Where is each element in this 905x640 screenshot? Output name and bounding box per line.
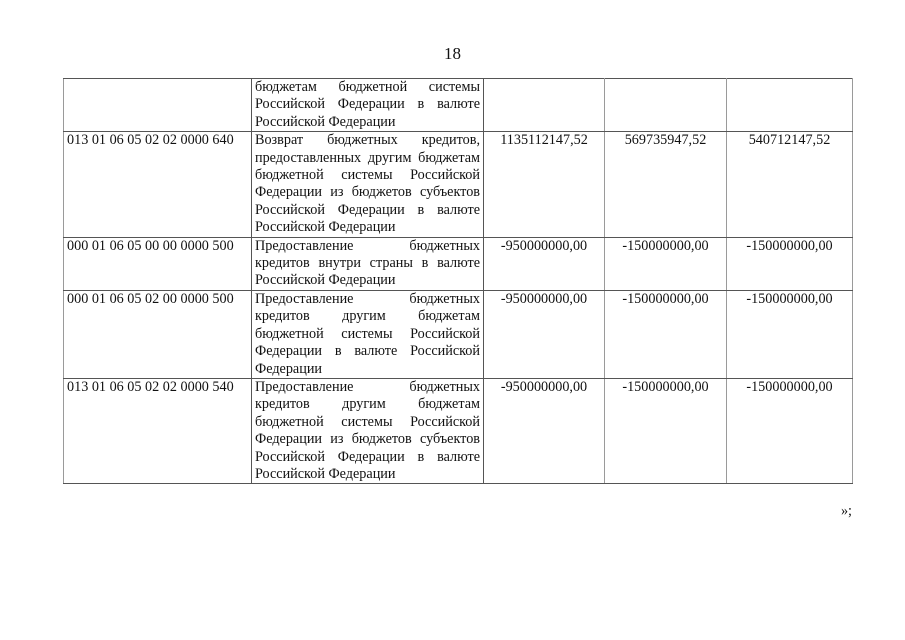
table-row: 000 01 06 05 00 00 0000 500 Предоставлен…	[64, 237, 853, 290]
budget-sources-table: бюджетам бюджетной системы Российской Фе…	[63, 78, 853, 484]
amount-cell-2: -150000000,00	[605, 378, 727, 483]
budget-code-cell	[64, 79, 252, 132]
description-cell: Предоставление бюджетных кредитов другим…	[252, 290, 484, 378]
closing-quote-mark: »;	[841, 503, 852, 520]
budget-code-cell: 000 01 06 05 02 00 0000 500	[64, 290, 252, 378]
amount-cell-1: -950000000,00	[484, 378, 605, 483]
amount-cell-3: -150000000,00	[727, 378, 853, 483]
amount-cell-2: -150000000,00	[605, 237, 727, 290]
description-cell: Предоставление бюджетных кредитов внутри…	[252, 237, 484, 290]
amount-cell-3: 540712147,52	[727, 132, 853, 237]
table-row: бюджетам бюджетной системы Российской Фе…	[64, 79, 853, 132]
amount-cell-1: -950000000,00	[484, 290, 605, 378]
amount-cell-1: 1135112147,52	[484, 132, 605, 237]
amount-cell-2: -150000000,00	[605, 290, 727, 378]
amount-cell-3	[727, 79, 853, 132]
description-cell: бюджетам бюджетной системы Российской Фе…	[252, 79, 484, 132]
description-cell: Возврат бюджетных кредитов, предоставлен…	[252, 132, 484, 237]
amount-cell-3: -150000000,00	[727, 237, 853, 290]
table-row: 013 01 06 05 02 02 0000 540 Предоставлен…	[64, 378, 853, 483]
amount-cell-2	[605, 79, 727, 132]
amount-cell-2: 569735947,52	[605, 132, 727, 237]
amount-cell-3: -150000000,00	[727, 290, 853, 378]
table-row: 000 01 06 05 02 00 0000 500 Предоставлен…	[64, 290, 853, 378]
table-row: 013 01 06 05 02 02 0000 640 Возврат бюдж…	[64, 132, 853, 237]
amount-cell-1: -950000000,00	[484, 237, 605, 290]
page-number: 18	[0, 44, 905, 64]
budget-code-cell: 013 01 06 05 02 02 0000 640	[64, 132, 252, 237]
budget-code-cell: 013 01 06 05 02 02 0000 540	[64, 378, 252, 483]
amount-cell-1	[484, 79, 605, 132]
description-cell: Предоставление бюджетных кредитов другим…	[252, 378, 484, 483]
budget-code-cell: 000 01 06 05 00 00 0000 500	[64, 237, 252, 290]
